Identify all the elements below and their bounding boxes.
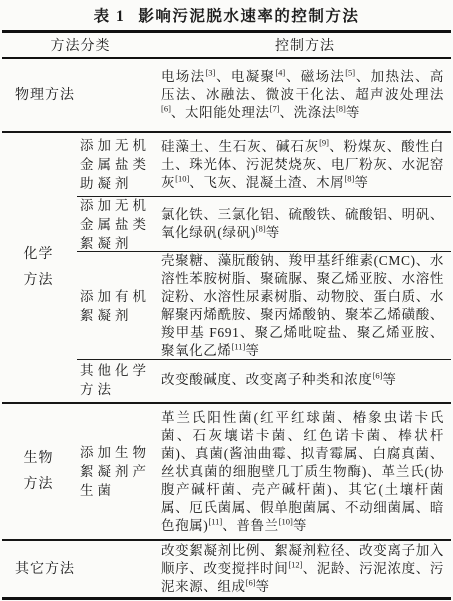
subcategory-cell: 添加生物絮凝剂产生菌 <box>77 404 159 539</box>
header-method-classification: 方法分类 <box>2 35 159 55</box>
category-cell-biological: 生物方法 <box>2 404 77 539</box>
table-header-row: 方法分类 控制方法 <box>2 33 451 57</box>
content-cell: 硅藻土、生石灰、碱石灰[9]、粉煤灰、酸性白土、珠光体、污泥焚烧灰、电厂粉灰、水… <box>159 133 451 196</box>
section-other-methods: 其它方法 改变絮凝剂比例、絮凝剂粒径、改变离子加入顺序、改变搅拌时间[12]、泥… <box>2 541 451 597</box>
content-cell: 氯化铁、三氯化铝、硫酸铁、硫酸铝、明矾、氧化绿矾(绿矾)[8]等 <box>159 197 451 251</box>
content-cell: 壳聚糖、藻朊酸钠、羧甲基纤维素(CMC)、水溶性苯胺树脂、聚硫脲、聚乙烯亚胺、水… <box>159 252 451 359</box>
content-cell: 改变酸碱度、改变离子种类和浓度[6]等 <box>159 360 451 399</box>
category-label: 化学方法 <box>24 242 56 294</box>
subcategory-label: 添加有机絮凝剂 <box>77 287 156 325</box>
row-organic-flocculant: 添加有机絮凝剂 壳聚糖、藻朊酸钠、羧甲基纤维素(CMC)、水溶性苯胺树脂、聚硫脲… <box>77 251 451 359</box>
section-chemical-methods: 化学方法 添加无机金属盐类助凝剂 硅藻土、生石灰、碱石灰[9]、粉煤灰、酸性白土… <box>2 133 451 402</box>
row-other-chemical-methods: 其他化学方法 改变酸碱度、改变离子种类和浓度[6]等 <box>77 359 451 399</box>
content-text: 改变絮凝剂比例、絮凝剂粒径、改变离子加入顺序、改变搅拌时间[12]、泥龄、污泥浓… <box>161 542 444 596</box>
content-cell: 改变絮凝剂比例、絮凝剂粒径、改变离子加入顺序、改变搅拌时间[12]、泥龄、污泥浓… <box>159 541 451 597</box>
subcategory-cell: 添加无机金属盐类絮凝剂 <box>77 197 159 251</box>
chemical-subrows: 添加无机金属盐类助凝剂 硅藻土、生石灰、碱石灰[9]、粉煤灰、酸性白土、珠光体、… <box>77 133 451 402</box>
row-inorganic-coagulant-aid: 添加无机金属盐类助凝剂 硅藻土、生石灰、碱石灰[9]、粉煤灰、酸性白土、珠光体、… <box>77 133 451 196</box>
content-text: 改变酸碱度、改变离子种类和浓度[6]等 <box>161 371 444 389</box>
journal-table-page: 表 1 影响污泥脱水速率的控制方法 方法分类 控制方法 物理方法 电场法[3]、… <box>0 0 453 601</box>
subcategory-label: 添加无机金属盐类助凝剂 <box>77 136 156 193</box>
content-text: 壳聚糖、藻朊酸钠、羧甲基纤维素(CMC)、水溶性苯胺树脂、聚硫脲、聚乙烯亚胺、水… <box>161 252 444 359</box>
category-label: 其它方法 <box>2 560 75 579</box>
content-cell-physical: 电场法[3]、电凝聚[4]、磁场法[5]、加热法、高压法、冰融法、微波干化法、超… <box>159 59 451 131</box>
subcategory-label: 其他化学方法 <box>77 361 156 399</box>
section-biological-methods: 生物方法 添加生物絮凝剂产生菌 革兰氏阳性菌(红平红球菌、椿象虫诺卡氏菌、石灰壤… <box>2 404 451 539</box>
table-bottom-rule <box>2 597 451 600</box>
content-text: 硅藻土、生石灰、碱石灰[9]、粉煤灰、酸性白土、珠光体、污泥焚烧灰、电厂粉灰、水… <box>161 138 444 192</box>
table-number: 表 1 <box>94 4 126 26</box>
section-physical-methods: 物理方法 电场法[3]、电凝聚[4]、磁场法[5]、加热法、高压法、冰融法、微波… <box>2 59 451 131</box>
content-cell: 革兰氏阳性菌(红平红球菌、椿象虫诺卡氏菌、石灰壤诺卡菌、红色诺卡菌、棒状杆菌)、… <box>159 404 451 539</box>
content-text: 电场法[3]、电凝聚[4]、磁场法[5]、加热法、高压法、冰融法、微波干化法、超… <box>161 68 444 122</box>
subcategory-cell: 添加无机金属盐类助凝剂 <box>77 133 159 196</box>
category-cell-other: 其它方法 <box>2 541 159 597</box>
category-cell-physical: 物理方法 <box>2 59 159 131</box>
subcategory-cell: 添加有机絮凝剂 <box>77 252 159 359</box>
subcategory-cell: 其他化学方法 <box>77 360 159 399</box>
category-cell-chemical: 化学方法 <box>2 133 77 402</box>
table-title: 影响污泥脱水速率的控制方法 <box>138 4 359 26</box>
header-control-methods: 控制方法 <box>159 35 451 55</box>
content-text: 革兰氏阳性菌(红平红球菌、椿象虫诺卡氏菌、石灰壤诺卡菌、红色诺卡菌、棒状杆菌)、… <box>161 409 444 535</box>
category-label: 生物方法 <box>24 446 56 498</box>
table-caption: 表 1 影响污泥脱水速率的控制方法 <box>2 0 451 30</box>
row-inorganic-flocculant: 添加无机金属盐类絮凝剂 氯化铁、三氯化铝、硫酸铁、硫酸铝、明矾、氧化绿矾(绿矾)… <box>77 196 451 251</box>
category-label: 物理方法 <box>2 86 75 105</box>
subcategory-label: 添加无机金属盐类絮凝剂 <box>77 197 156 251</box>
content-text: 氯化铁、三氯化铝、硫酸铁、硫酸铝、明矾、氧化绿矾(绿矾)[8]等 <box>161 206 444 242</box>
subcategory-label: 添加生物絮凝剂产生菌 <box>77 443 156 500</box>
